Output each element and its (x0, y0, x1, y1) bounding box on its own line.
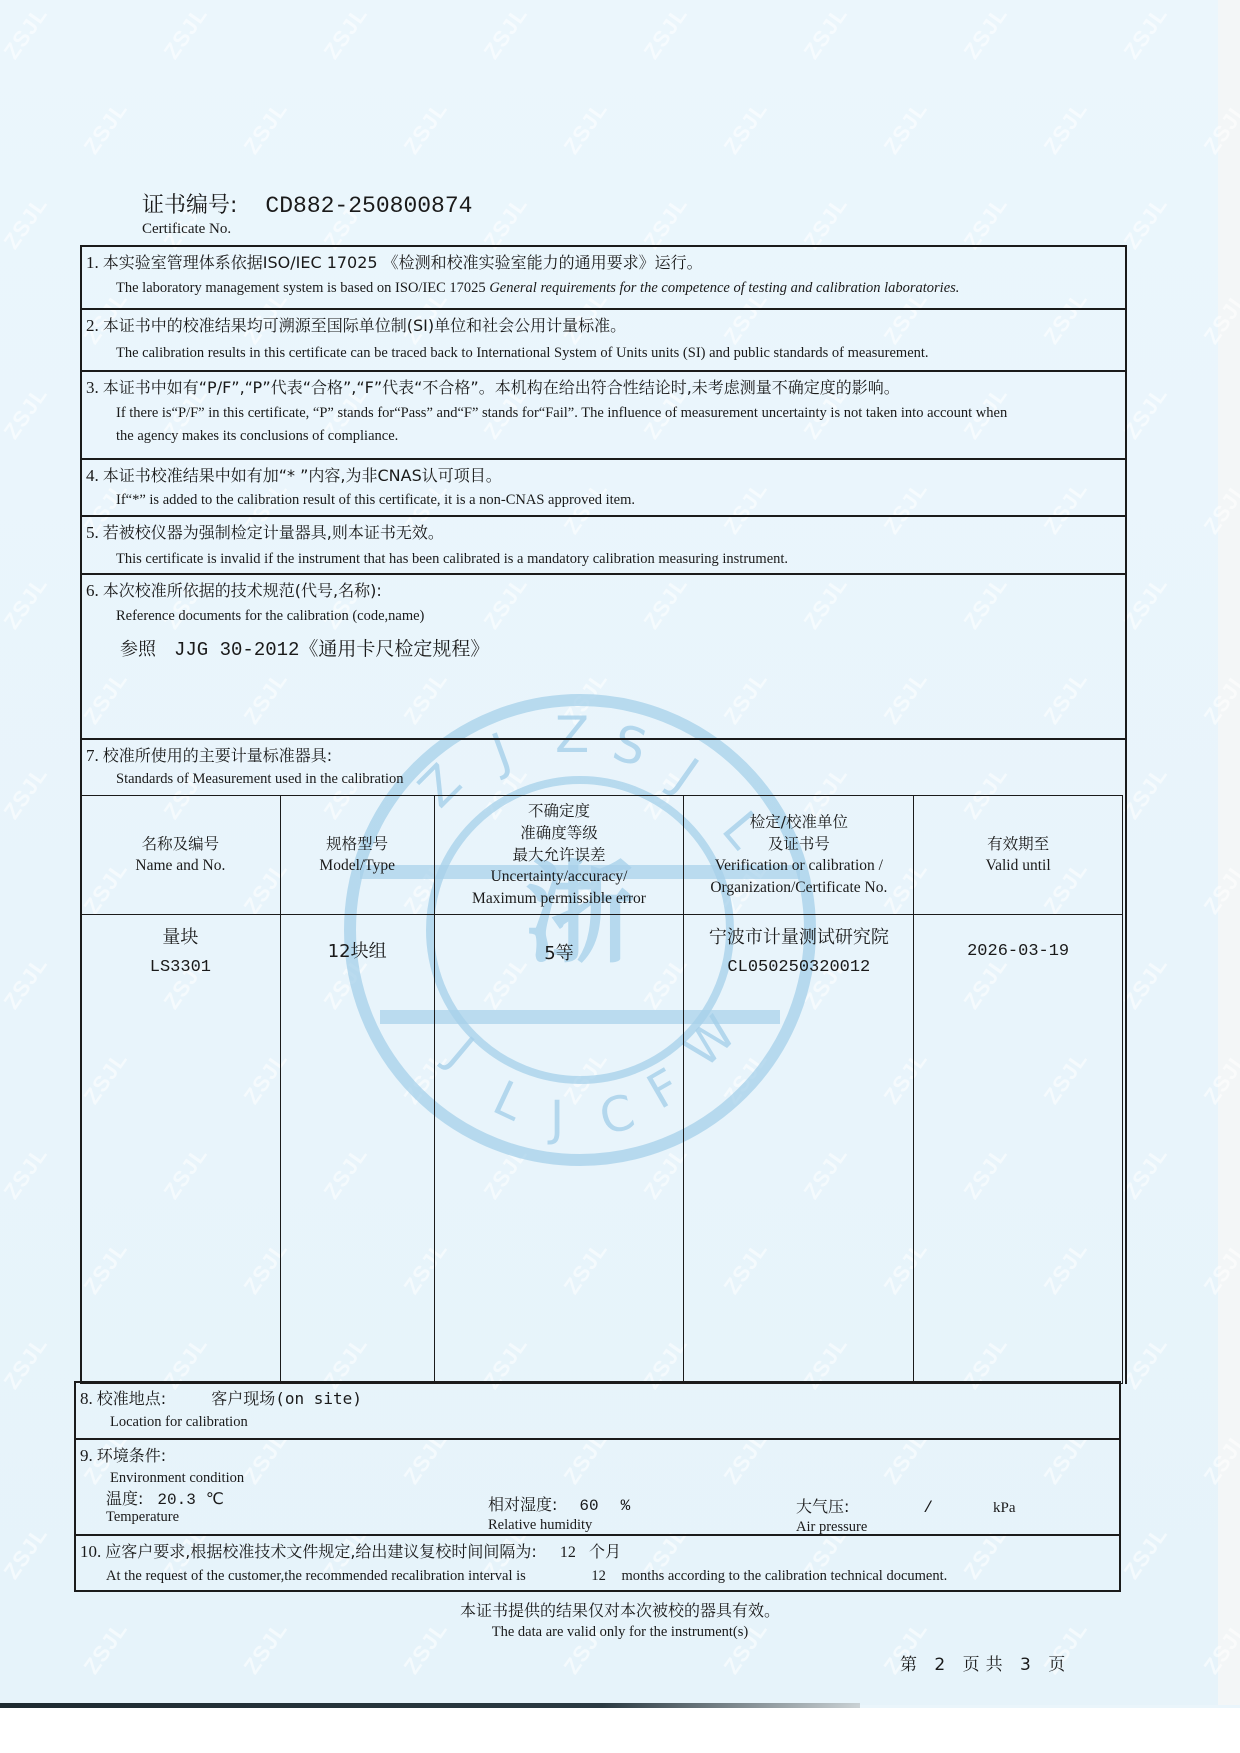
location-label: 校准地点: (97, 1389, 166, 1408)
certificate-form-lower: 8.校准地点: 客户现场(on site) Location for calib… (74, 1381, 1121, 1592)
header-cn: 及证书号 (684, 833, 913, 855)
recalibration-unit-cn: 个月 (589, 1542, 621, 1561)
certificate-form: 1.本实验室管理体系依据ISO/IEC 17025 《检测和校准实验室能力的通用… (80, 245, 1127, 1384)
temperature-value: 20.3 (157, 1491, 195, 1509)
scan-margin (0, 1708, 1240, 1753)
section-4-text-cn: 本证书校准结果中如有加“* ”内容,为非CNAS认可项目。 (103, 466, 502, 485)
pressure-value: / (923, 1499, 933, 1517)
cell-name: 量块 LS3301 (81, 915, 281, 1384)
certificate-number-label-en: Certificate No. (142, 221, 472, 238)
recalibration-interval-value-en: 12 (591, 1568, 606, 1584)
recalibration-text-cn: 应客户要求,根据校准技术文件规定,给出建议复校时间间隔为: (105, 1542, 537, 1561)
scan-edge (1218, 0, 1240, 1705)
pressure-label-en: Air pressure (796, 1517, 1016, 1536)
section-5-text-en: This certificate is invalid if the instr… (86, 544, 1125, 569)
column-header-model: 规格型号 Model/Type (280, 796, 434, 915)
column-header-valid-until: 有效期至 Valid until (914, 796, 1123, 915)
section-number: 5. (86, 523, 99, 542)
section-4: 4.本证书校准结果中如有加“* ”内容,为非CNAS认可项目。 If“*” is… (82, 460, 1125, 517)
header-cn: 最大允许误差 (435, 844, 684, 866)
section-6: 6.本次校准所依据的技术规范(代号,名称): Reference documen… (82, 575, 1125, 740)
column-header-uncertainty: 不确定度 准确度等级 最大允许误差 Uncertainty/accuracy/ … (434, 796, 684, 915)
section-1-text-cn: 本实验室管理体系依据ISO/IEC 17025 《检测和校准实验室能力的通用要求… (103, 253, 703, 272)
organization-certificate-number: CL050250320012 (684, 953, 913, 983)
section-10: 10.应客户要求,根据校准技术文件规定,给出建议复校时间间隔为: 12 个月 A… (76, 1536, 1119, 1592)
temperature-unit: ℃ (206, 1489, 224, 1508)
table-header-row: 名称及编号 Name and No. 规格型号 Model/Type 不确定度 … (81, 796, 1123, 915)
pressure-unit: kPa (993, 1500, 1016, 1516)
standard-model: 12块组 (281, 923, 434, 967)
cell-valid-until: 2026-03-19 (914, 915, 1123, 1384)
section-7-text-en: Standards of Measurement used in the cal… (86, 767, 1125, 795)
header-cn: 有效期至 (914, 833, 1122, 855)
section-number: 9. (80, 1446, 93, 1465)
standard-number: LS3301 (81, 953, 280, 983)
section-9: 9.环境条件: Environment condition 温度: 20.3 ℃… (76, 1440, 1119, 1536)
section-1: 1.本实验室管理体系依据ISO/IEC 17025 《检测和校准实验室能力的通用… (82, 247, 1125, 310)
section-2-text-cn: 本证书中的校准结果均可溯源至国际单位制(SI)单位和社会公用计量标准。 (103, 316, 626, 335)
standard-accuracy: 5等 (435, 923, 684, 969)
section-6-text-cn: 本次校准所依据的技术规范(代号,名称): (103, 581, 382, 600)
reference-document-code: JJG 30-2012《通用卡尺检定规程》 (174, 639, 489, 661)
cell-organization: 宁波市计量测试研究院 CL050250320012 (684, 915, 914, 1384)
section-number: 7. (86, 746, 99, 765)
section-5-text-cn: 若被校仪器为强制检定计量器具,则本证书无效。 (103, 523, 444, 542)
header-cn: 名称及编号 (81, 833, 280, 855)
section-8: 8.校准地点: 客户现场(on site) Location for calib… (76, 1383, 1119, 1440)
header-en: Model/Type (281, 855, 434, 877)
standards-table: 名称及编号 Name and No. 规格型号 Model/Type 不确定度 … (80, 795, 1123, 1384)
column-header-name: 名称及编号 Name and No. (81, 796, 281, 915)
reference-document: 参照JJG 30-2012《通用卡尺检定规程》 (86, 634, 1125, 661)
page-number: 第 2 页共 3 页 (900, 1650, 1071, 1675)
header-en: Name and No. (81, 855, 280, 877)
pressure-label: 大气压: (796, 1497, 849, 1516)
temperature-label: 温度: (106, 1489, 143, 1508)
section-number: 2. (86, 316, 99, 335)
validity-note: 本证书提供的结果仅对本次被校的器具有效。 The data are valid … (0, 1600, 1240, 1642)
certificate-number: CD882-250800874 (265, 193, 472, 219)
section-3-text-en-2: the agency makes its conclusions of comp… (86, 423, 1125, 446)
header-cn: 检定/校准单位 (684, 811, 913, 833)
validity-note-en: The data are valid only for the instrume… (0, 1622, 1240, 1642)
section-3-text-en: If there is“P/F” in this certificate, “P… (86, 399, 1125, 423)
calibration-organization: 宁波市计量测试研究院 (684, 923, 913, 953)
recalibration-interval-value: 12 (560, 1544, 576, 1561)
header-en: Organization/Certificate No. (684, 877, 913, 899)
reference-prefix: 参照 (120, 639, 156, 660)
certificate-number-label: 证书编号: (142, 193, 237, 218)
location-label-en: Location for calibration (80, 1410, 1119, 1432)
temperature-field: 温度: 20.3 ℃ Temperature (106, 1486, 224, 1526)
section-4-text-en: If“*” is added to the calibration result… (86, 487, 1125, 510)
humidity-label-en: Relative humidity (488, 1515, 630, 1534)
section-3: 3.本证书中如有“P/F”,“P”代表“合格”,“F”代表“不合格”。本机构在给… (82, 372, 1125, 460)
header-en: Verification or calibration / (684, 855, 913, 877)
temperature-label-en: Temperature (106, 1509, 224, 1526)
header-cn: 规格型号 (281, 833, 434, 855)
humidity-unit: % (621, 1497, 631, 1515)
standard-name: 量块 (81, 923, 280, 953)
section-7-text-cn: 校准所使用的主要计量标准器具: (103, 746, 332, 765)
column-header-organization: 检定/校准单位 及证书号 Verification or calibration… (684, 796, 914, 915)
valid-until-date: 2026-03-19 (914, 923, 1122, 967)
humidity-label: 相对湿度: (488, 1495, 557, 1514)
pressure-field: 大气压: / kPa Air pressure (796, 1494, 1016, 1536)
cell-accuracy: 5等 (434, 915, 684, 1384)
section-number: 4. (86, 466, 99, 485)
location-value: 客户现场(on site) (211, 1389, 362, 1408)
section-number: 10. (80, 1542, 101, 1561)
humidity-value: 60 (579, 1497, 598, 1515)
section-1-text-en: The laboratory management system is base… (116, 280, 489, 296)
environment-label: 环境条件: (97, 1446, 166, 1465)
humidity-field: 相对湿度: 60 % Relative humidity (488, 1492, 630, 1534)
section-5: 5.若被校仪器为强制检定计量器具,则本证书无效。 This certificat… (82, 517, 1125, 575)
section-7: 7.校准所使用的主要计量标准器具: Standards of Measureme… (82, 740, 1125, 1384)
table-row: 量块 LS3301 12块组 5等 宁波市计量测试研究院 CL050250320… (81, 915, 1123, 1384)
recalibration-unit-en: months according to the calibration tech… (622, 1568, 948, 1584)
section-number: 8. (80, 1389, 93, 1408)
cell-model: 12块组 (280, 915, 434, 1384)
header-en: Valid until (914, 855, 1122, 877)
section-number: 6. (86, 581, 99, 600)
section-2-text-en: The calibration results in this certific… (86, 337, 1125, 363)
environment-label-en: Environment condition (80, 1467, 1119, 1488)
header-en: Uncertainty/accuracy/ (435, 866, 684, 888)
header-cn: 不确定度 (435, 800, 684, 822)
header-cn: 准确度等级 (435, 822, 684, 844)
header-en: Maximum permissible error (435, 888, 684, 910)
validity-note-cn: 本证书提供的结果仅对本次被校的器具有效。 (0, 1600, 1240, 1622)
section-6-text-en: Reference documents for the calibration … (86, 602, 1125, 626)
certificate-header: 证书编号: CD882-250800874 Certificate No. (142, 188, 472, 238)
section-number: 1. (86, 253, 99, 272)
recalibration-text-en: At the request of the customer,the recom… (106, 1568, 526, 1584)
section-3-text-cn: 本证书中如有“P/F”,“P”代表“合格”,“F”代表“不合格”。本机构在给出符… (103, 378, 900, 397)
standard-title: General requirements for the competence … (489, 280, 959, 296)
section-2: 2.本证书中的校准结果均可溯源至国际单位制(SI)单位和社会公用计量标准。 Th… (82, 310, 1125, 372)
section-number: 3. (86, 378, 99, 397)
